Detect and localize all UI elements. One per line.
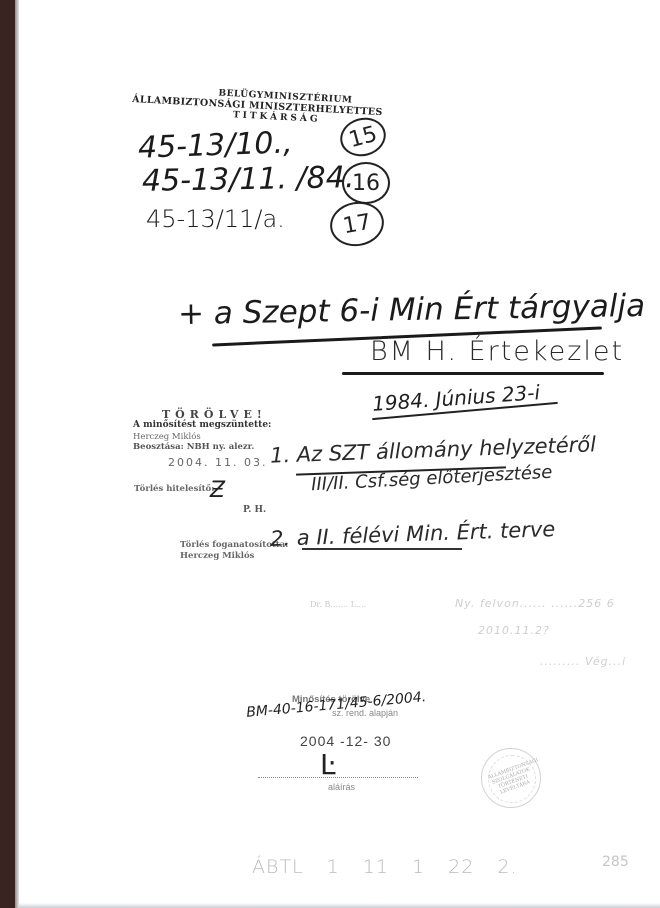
- deletion-responsible-label: Törlés hitelesítő:: [134, 484, 214, 494]
- deletion-stamp-line2: Herczeg Miklós: [133, 432, 201, 442]
- agenda-item-1-line2: III/II. Csf.ség előterjesztése: [311, 462, 553, 496]
- archive-round-stamp: ÁLLAMBIZTONSÁGI SZOLGÁLATOK TÖRTÉNETI LE…: [481, 748, 541, 808]
- deletion-performed-name: Herczeg Miklós: [180, 551, 254, 561]
- agenda-item-1-number: 1.: [270, 443, 291, 468]
- ph-mark: P. H.: [243, 505, 266, 515]
- deletion-stamp-line3: Beosztása: NBH ny. alezr.: [133, 442, 254, 452]
- subheading-underline: [342, 372, 604, 375]
- agenda-item-2-number: 2.: [270, 526, 291, 551]
- agenda-item-2-text: a II. félévi Min. Ért. terve: [296, 517, 555, 550]
- faint-note-2: 2010.11.2?: [478, 624, 550, 637]
- reference-number-1: 45-13/10.,: [137, 125, 293, 165]
- classification-basis: sz. rend. alapján: [332, 708, 398, 718]
- signature-label: aláírás: [328, 782, 355, 792]
- deletion-stamp-line1: A minősítést megszüntette:: [133, 420, 271, 430]
- signature-dotted-line: [258, 777, 418, 778]
- faint-note-1: Ny. felvon...... ......256 6: [455, 597, 615, 610]
- document-heading: + a Szept 6-i Min Ért tárgyalja: [178, 288, 646, 332]
- faint-note-3: ......... Vég...i: [540, 655, 626, 668]
- faint-stamp-name: Dr. B....... L....: [310, 600, 366, 609]
- deletion-signature: Ƶ: [210, 478, 225, 503]
- ministry-stamp: BELÜGYMINISZTÉRIUM ÁLLAMBIZTONSÁGI MINIS…: [131, 84, 383, 128]
- agenda-item-2-underline: [302, 548, 462, 550]
- archive-number: ÁBTL 1 11 1 22 2.: [252, 856, 518, 878]
- circled-number-3: 17: [327, 198, 388, 251]
- deletion-stamp-date: 2004. 11. 03.: [168, 456, 267, 469]
- page-bottom-edge: [19, 903, 660, 908]
- agenda-item-2: 2. a II. félévi Min. Ért. terve: [270, 517, 556, 551]
- binder-spine: [0, 0, 15, 908]
- reference-number-3: 45-13/11/a.: [146, 205, 285, 233]
- document-subheading: BM H. Értekezlet: [370, 336, 624, 367]
- page-number: 285: [602, 854, 629, 870]
- classification-date: 2004 -12- 30: [300, 733, 391, 749]
- circled-number-2: 16: [342, 162, 390, 204]
- page-edge-shadow: [15, 0, 19, 908]
- reference-number-2: 45-13/11. /84.: [142, 160, 355, 199]
